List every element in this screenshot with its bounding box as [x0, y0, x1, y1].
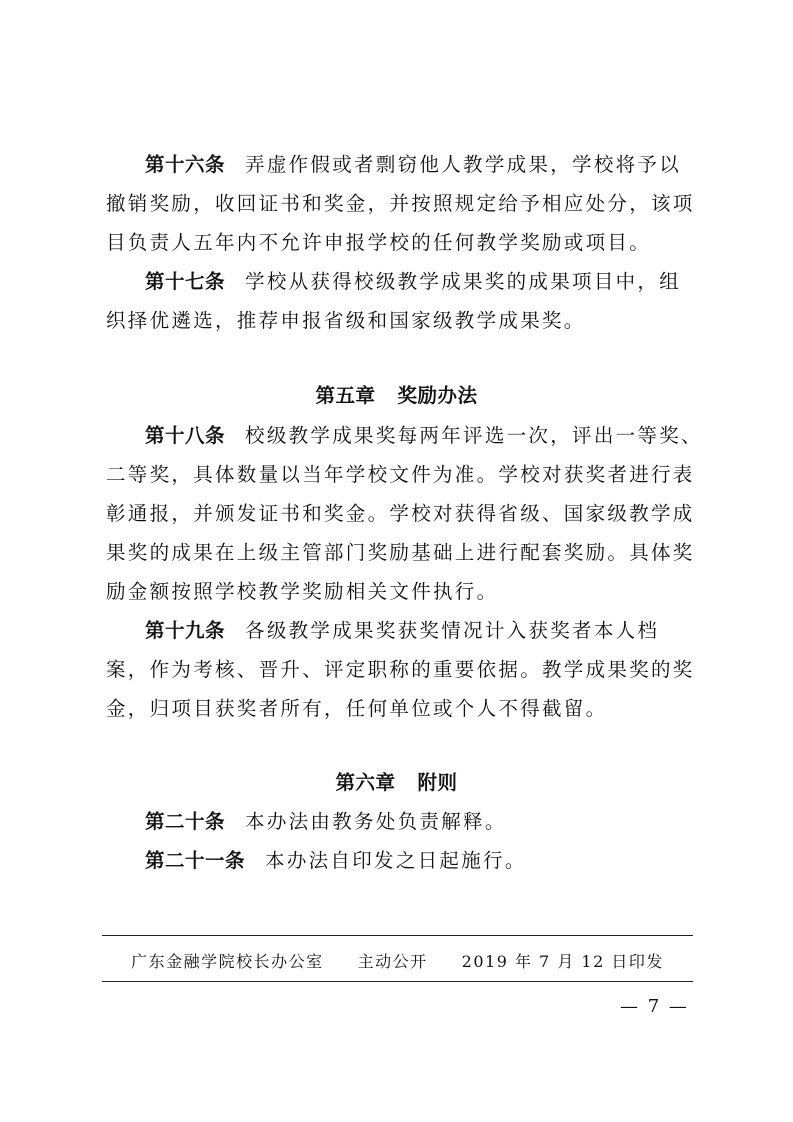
article-17-label: 第十七条 — [145, 270, 225, 293]
chapter-6-heading: 第六章附则 — [0, 773, 793, 793]
article-19-label: 第十九条 — [145, 619, 225, 642]
article-17-line-2: 织择优遴选，推荐申报省级和国家级教学成果奖。 — [106, 311, 691, 331]
article-21-label: 第二十一条 — [145, 849, 245, 872]
article-19-line-1: 第十九条各级教学成果奖获奖情况计入获奖者本人档 — [145, 621, 691, 641]
article-20-label: 第二十条 — [145, 810, 225, 833]
article-19-line-2: 案，作为考核、晋升、评定职称的重要依据。教学成果奖的奖 — [106, 660, 691, 680]
article-16-line-1: 第十六条弄虚作假或者剽窃他人教学成果，学校将予以 — [145, 155, 691, 175]
footer-date: 2019 年 7 月 12 日印发 — [462, 952, 664, 971]
footer-imprint: 广东金融学院校长办公室主动公开2019 年 7 月 12 日印发 — [102, 949, 693, 972]
article-16-line-2: 撤销奖励，收回证书和奖金，并按照规定给予相应处分，该项 — [106, 194, 691, 214]
footer-top-rule — [102, 935, 693, 936]
footer-bottom-rule — [102, 981, 693, 982]
article-18-line-2: 二等奖，具体数量以当年学校文件为准。学校对获奖者进行表 — [106, 465, 691, 485]
article-18-label: 第十八条 — [145, 424, 225, 447]
article-17-line-1: 第十七条学校从获得校级教学成果奖的成果项目中，组 — [145, 272, 691, 292]
article-18-line-4: 果奖的成果在上级主管部门奖励基础上进行配套奖励。具体奖 — [106, 543, 691, 563]
article-20-line-1: 第二十条本办法由教务处负责解释。 — [145, 812, 691, 832]
footer-issuer: 广东金融学院校长办公室 — [131, 952, 324, 971]
article-18-line-5: 励金额按照学校教学奖励相关文件执行。 — [106, 582, 691, 602]
article-18-line-1: 第十八条校级教学成果奖每两年评选一次，评出一等奖、 — [145, 426, 691, 446]
article-16-line-3: 目负责人五年内不允许申报学校的任何教学奖励或项目。 — [106, 233, 691, 253]
article-18-line-3: 彰通报，并颁发证书和奖金。学校对获得省级、国家级教学成 — [106, 504, 691, 524]
page-number: — 7 — — [620, 996, 689, 1017]
chapter-5-heading: 第五章奖励办法 — [0, 386, 793, 406]
article-19-line-3: 金，归项目获奖者所有，任何单位或个人不得截留。 — [106, 699, 691, 719]
article-16-label: 第十六条 — [145, 153, 225, 176]
footer-disclosure: 主动公开 — [358, 952, 428, 971]
article-21-line-1: 第二十一条本办法自印发之日起施行。 — [145, 851, 691, 871]
